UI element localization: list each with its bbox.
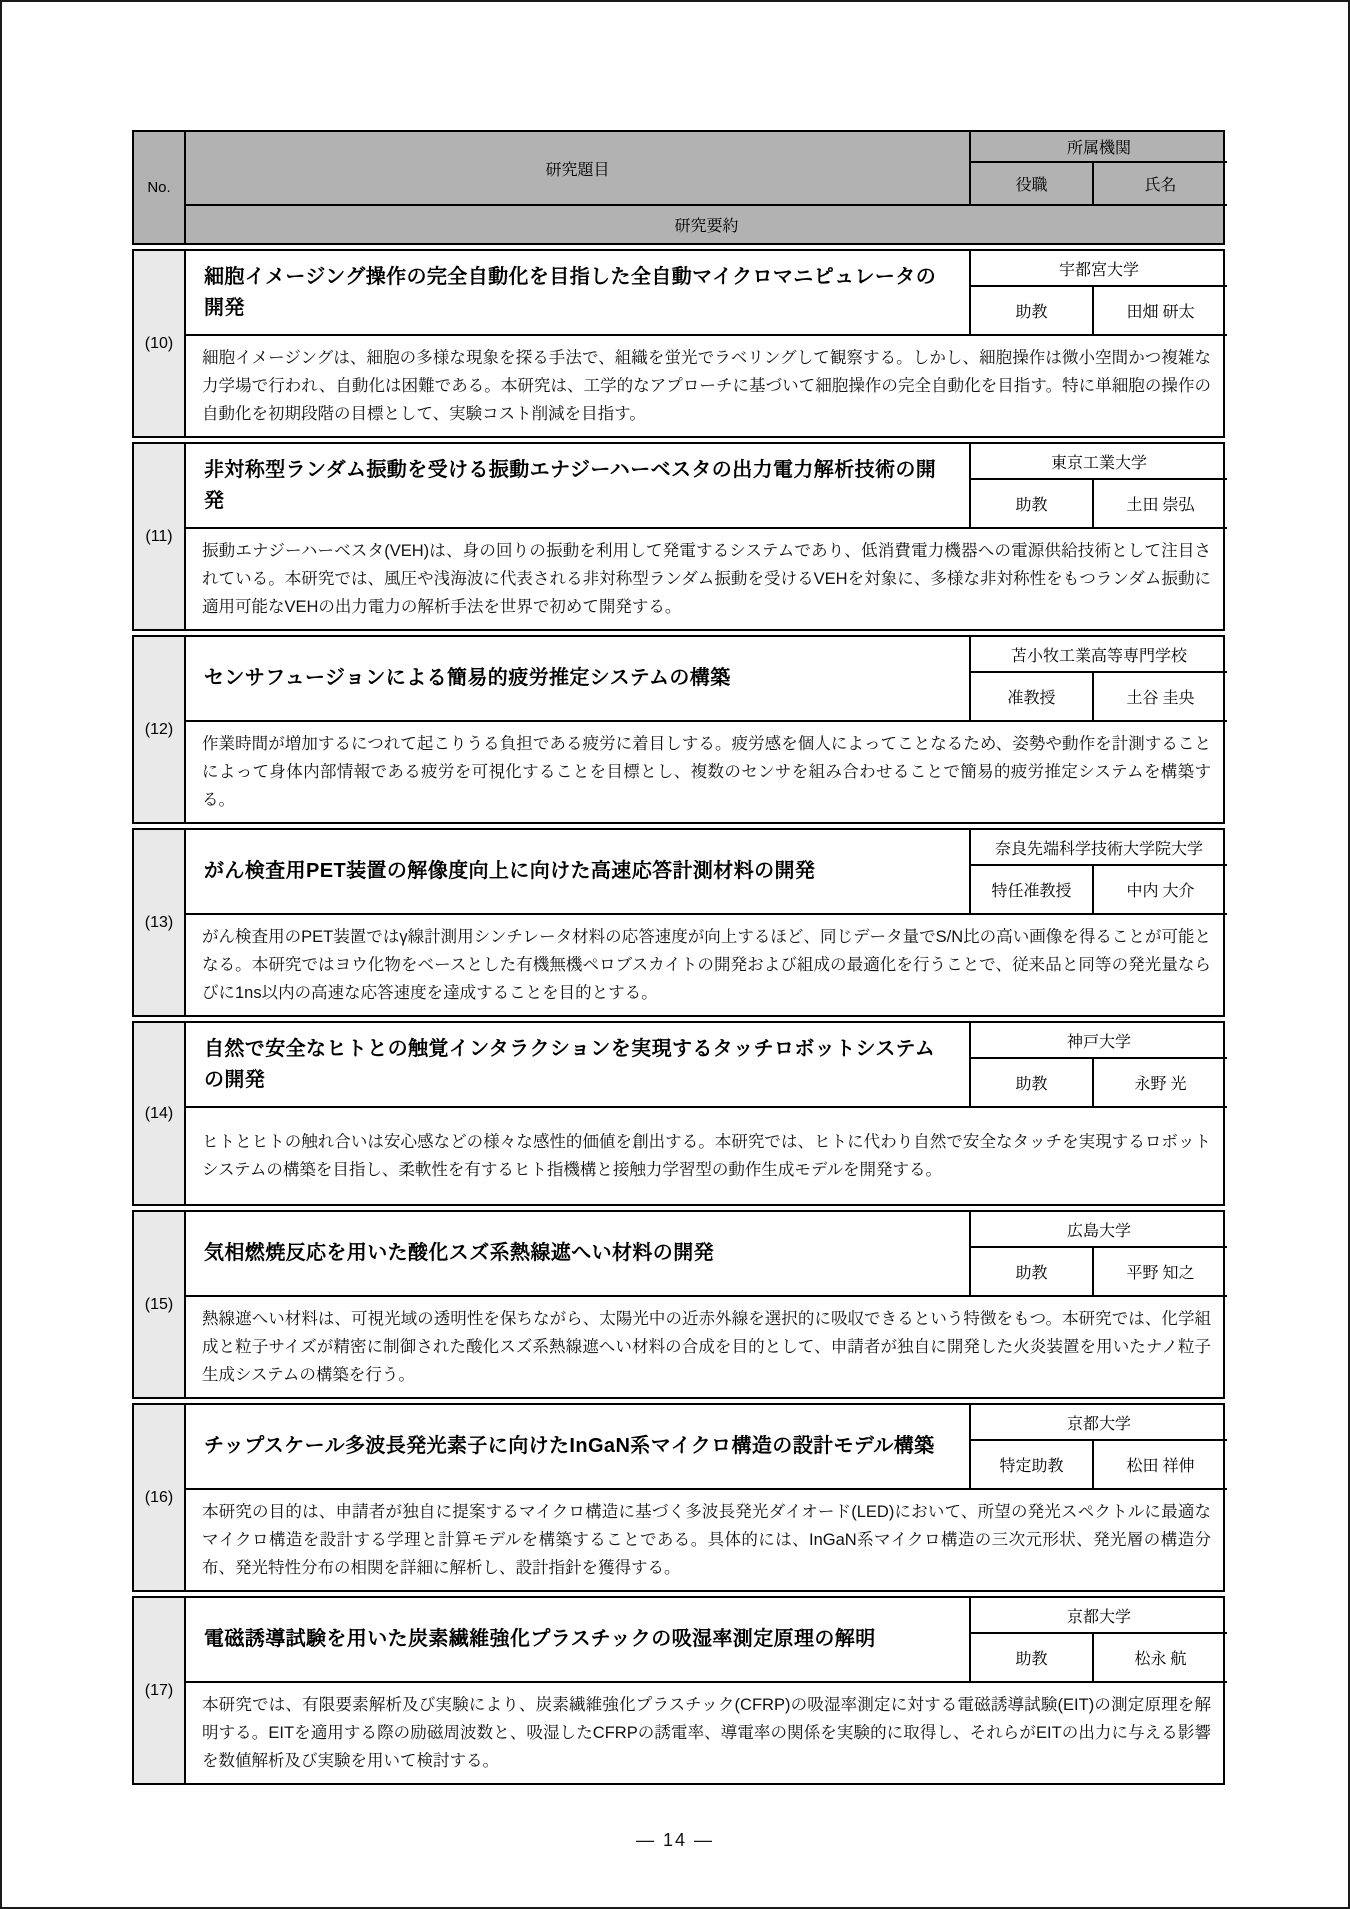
table-row: (11) 非対称型ランダム振動を受ける振動エナジーハーベスタの出力電力解析技術の… — [132, 442, 1225, 631]
page-number: — 14 — — [2, 1830, 1348, 1851]
row-summary: 作業時間が増加するにつれて起こりうる負担である疲労に着目しする。疲労感を個人によ… — [186, 722, 1227, 822]
row-summary-text: 本研究では、有限要素解析及び実験により、炭素繊維強化プラスチック(CFRP)の吸… — [202, 1691, 1211, 1775]
row-position: 助教 — [971, 287, 1094, 336]
table-row: (10) 細胞イメージング操作の完全自動化を目指した全自動マイクロマニピュレータ… — [132, 249, 1225, 438]
table-row: (16) チップスケール多波長発光素子に向けたInGaN系マイクロ構造の設計モデ… — [132, 1403, 1225, 1592]
row-no: (17) — [134, 1598, 186, 1783]
row-institution: 神戸大学 — [971, 1023, 1227, 1059]
row-title: 非対称型ランダム振動を受ける振動エナジーハーベスタの出力電力解析技術の開発 — [186, 444, 971, 529]
row-institution: 京都大学 — [971, 1598, 1227, 1634]
row-position: 助教 — [971, 480, 1094, 529]
table-header: No. 研究題目 所属機関 役職 氏名 研究要約 — [132, 130, 1225, 245]
row-summary-text: がん検査用のPET装置ではγ線計測用シンチレータ材料の応答速度が向上するほど、同… — [202, 923, 1211, 1007]
row-name: 土田 崇弘 — [1094, 480, 1227, 529]
row-position: 助教 — [971, 1248, 1094, 1297]
header-position: 役職 — [971, 163, 1094, 206]
row-title: 細胞イメージング操作の完全自動化を目指した全自動マイクロマニピュレータの開発 — [186, 251, 971, 336]
row-position: 特定助教 — [971, 1441, 1094, 1490]
header-summary: 研究要約 — [186, 206, 1227, 243]
row-title: 自然で安全なヒトとの触覚インタラクションを実現するタッチロボットシステムの開発 — [186, 1023, 971, 1108]
row-no: (15) — [134, 1212, 186, 1397]
row-summary-text: ヒトとヒトの触れ合いは安心感などの様々な感性的価値を創出する。本研究では、ヒトに… — [202, 1128, 1211, 1184]
row-no: (11) — [134, 444, 186, 629]
row-no: (13) — [134, 830, 186, 1015]
row-title: チップスケール多波長発光素子に向けたInGaN系マイクロ構造の設計モデル構築 — [186, 1405, 971, 1490]
row-position: 助教 — [971, 1634, 1094, 1683]
row-name: 松永 航 — [1094, 1634, 1227, 1683]
row-title: 気相燃焼反応を用いた酸化スズ系熱線遮へい材料の開発 — [186, 1212, 971, 1297]
header-affiliation: 所属機関 — [971, 132, 1227, 163]
row-no: (14) — [134, 1023, 186, 1204]
table-row: (15) 気相燃焼反応を用いた酸化スズ系熱線遮へい材料の開発 広島大学 助教 平… — [132, 1210, 1225, 1399]
row-summary-text: 熱線遮へい材料は、可視光域の透明性を保ちながら、太陽光中の近赤外線を選択的に吸収… — [202, 1305, 1211, 1389]
row-institution: 宇都宮大学 — [971, 251, 1227, 287]
research-table: No. 研究題目 所属機関 役職 氏名 研究要約 (10) 細胞イメージング操作… — [132, 130, 1225, 1789]
document-page: No. 研究題目 所属機関 役職 氏名 研究要約 (10) 細胞イメージング操作… — [0, 0, 1350, 1909]
row-summary-text: 作業時間が増加するにつれて起こりうる負担である疲労に着目しする。疲労感を個人によ… — [202, 730, 1211, 814]
row-summary: 熱線遮へい材料は、可視光域の透明性を保ちながら、太陽光中の近赤外線を選択的に吸収… — [186, 1297, 1227, 1397]
header-name: 氏名 — [1094, 163, 1227, 206]
row-institution: 奈良先端科学技術大学院大学 — [971, 830, 1227, 866]
row-summary-text: 細胞イメージングは、細胞の多様な現象を探る手法で、組織を蛍光でラベリングして観察… — [202, 344, 1211, 428]
table-row: (12) センサフュージョンによる簡易的疲労推定システムの構築 苫小牧工業高等専… — [132, 635, 1225, 824]
row-position: 助教 — [971, 1059, 1094, 1108]
row-institution: 広島大学 — [971, 1212, 1227, 1248]
row-no: (16) — [134, 1405, 186, 1590]
table-row: (17) 電磁誘導試験を用いた炭素繊維強化プラスチックの吸湿率測定原理の解明 京… — [132, 1596, 1225, 1785]
row-institution: 苫小牧工業高等専門学校 — [971, 637, 1227, 673]
row-summary-text: 本研究の目的は、申請者が独自に提案するマイクロ構造に基づく多波長発光ダイオード(… — [202, 1498, 1211, 1582]
row-name: 松田 祥伸 — [1094, 1441, 1227, 1490]
row-name: 永野 光 — [1094, 1059, 1227, 1108]
row-institution: 京都大学 — [971, 1405, 1227, 1441]
row-name: 平野 知之 — [1094, 1248, 1227, 1297]
row-summary: 細胞イメージングは、細胞の多様な現象を探る手法で、組織を蛍光でラベリングして観察… — [186, 336, 1227, 436]
row-summary-text: 振動エナジーハーベスタ(VEH)は、身の回りの振動を利用して発電するシステムであ… — [202, 537, 1211, 621]
row-name: 田畑 研太 — [1094, 287, 1227, 336]
header-no: No. — [134, 132, 186, 243]
row-no: (12) — [134, 637, 186, 822]
row-title: センサフュージョンによる簡易的疲労推定システムの構築 — [186, 637, 971, 722]
row-no: (10) — [134, 251, 186, 436]
row-summary: 本研究では、有限要素解析及び実験により、炭素繊維強化プラスチック(CFRP)の吸… — [186, 1683, 1227, 1783]
row-summary: がん検査用のPET装置ではγ線計測用シンチレータ材料の応答速度が向上するほど、同… — [186, 915, 1227, 1015]
row-name: 土谷 圭央 — [1094, 673, 1227, 722]
row-position: 特任准教授 — [971, 866, 1094, 915]
row-institution: 東京工業大学 — [971, 444, 1227, 480]
row-summary: 振動エナジーハーベスタ(VEH)は、身の回りの振動を利用して発電するシステムであ… — [186, 529, 1227, 629]
row-position: 准教授 — [971, 673, 1094, 722]
row-title: 電磁誘導試験を用いた炭素繊維強化プラスチックの吸湿率測定原理の解明 — [186, 1598, 971, 1683]
table-row: (14) 自然で安全なヒトとの触覚インタラクションを実現するタッチロボットシステ… — [132, 1021, 1225, 1206]
table-row: (13) がん検査用PET装置の解像度向上に向けた高速応答計測材料の開発 奈良先… — [132, 828, 1225, 1017]
row-summary: ヒトとヒトの触れ合いは安心感などの様々な感性的価値を創出する。本研究では、ヒトに… — [186, 1108, 1227, 1204]
row-title: がん検査用PET装置の解像度向上に向けた高速応答計測材料の開発 — [186, 830, 971, 915]
row-name: 中内 大介 — [1094, 866, 1227, 915]
row-summary: 本研究の目的は、申請者が独自に提案するマイクロ構造に基づく多波長発光ダイオード(… — [186, 1490, 1227, 1590]
header-title: 研究題目 — [186, 132, 971, 206]
